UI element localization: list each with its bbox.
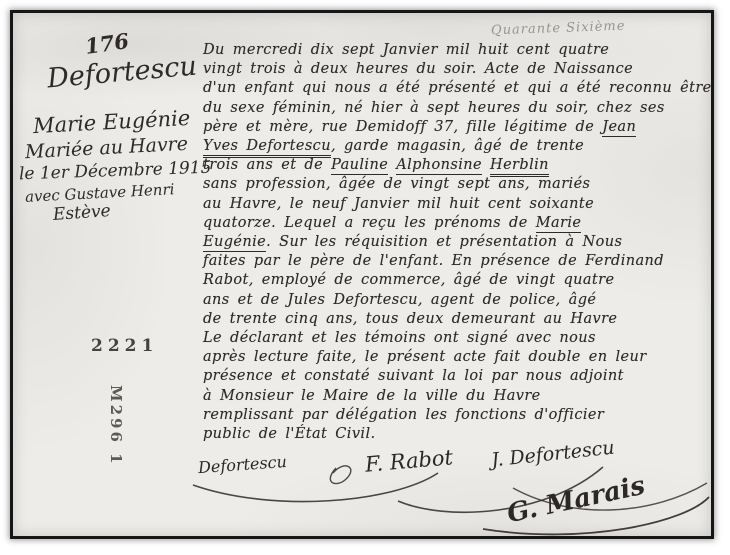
body-text-segment: Rabot, employé de commerce, âgé de vingt…: [203, 272, 614, 288]
act-number: 176: [83, 28, 130, 59]
body-line: Eugénie. Sur les réquisition et présenta…: [203, 233, 713, 252]
body-text-segment: remplissant par délégation les fonctions…: [203, 407, 604, 423]
underlined-name: Yves Defortescu: [203, 138, 331, 158]
document-scan: Quarante Sixième 176 Defortescu Marie Eu…: [10, 10, 714, 539]
body-text-segment: trois ans et de: [203, 157, 331, 173]
body-line: ans et de Jules Defortescu, agent de pol…: [203, 291, 713, 310]
body-text-segment: . Sur les réquisition et présentation à …: [266, 234, 622, 250]
body-line: de trente cinq ans, tous deux demeurant …: [203, 310, 713, 329]
body-text-segment: à Monsieur le Maire de la ville du Havre: [203, 388, 541, 404]
body-line: Le déclarant et les témoins ont signé av…: [203, 329, 713, 348]
body-text-segment: présence et constaté suivant la loi par …: [203, 368, 624, 384]
stamp-archive-reference: M296 1: [107, 385, 125, 505]
body-text-segment: d'un enfant qui nous a été présenté et q…: [203, 80, 712, 96]
body-text-segment: [482, 157, 490, 173]
margin-surname: Defortescu: [46, 51, 198, 95]
body-line: du sexe féminin, né hier à sept heures d…: [203, 99, 713, 118]
body-line: à Monsieur le Maire de la ville du Havre: [203, 387, 713, 406]
body-text-segment: du sexe féminin, né hier à sept heures d…: [203, 100, 665, 116]
body-line: vingt trois à deux heures du soir. Acte …: [203, 60, 713, 79]
body-text-segment: ans et de Jules Defortescu, agent de pol…: [203, 292, 596, 308]
stamp-number: 2221: [91, 336, 158, 356]
body-line: Rabot, employé de commerce, âgé de vingt…: [203, 271, 713, 290]
body-text-segment: de trente cinq ans, tous deux demeurant …: [203, 311, 617, 327]
underlined-name: Alphonsine: [396, 157, 482, 175]
body-text-segment: faites par le père de l'enfant. En prése…: [203, 253, 664, 269]
body-line: public de l'État Civil.: [203, 425, 713, 444]
body-line: père et mère, rue Demidoff 37, fille lég…: [203, 118, 713, 137]
body-line: après lecture faite, le présent acte fai…: [203, 348, 713, 367]
body-line: d'un enfant qui nous a été présenté et q…: [203, 79, 713, 98]
body-text-segment: , garde magasin, âgé de trente: [331, 138, 584, 154]
body-text-segment: père et mère, rue Demidoff 37, fille lég…: [203, 119, 602, 135]
underlined-name: Eugénie: [203, 234, 266, 252]
underlined-name: Pauline: [331, 157, 388, 175]
underlined-name: Jean: [602, 119, 636, 137]
body-text-segment: Le déclarant et les témoins ont signé av…: [203, 330, 596, 346]
body-text-segment: public de l'État Civil.: [203, 426, 376, 442]
body-text-segment: après lecture faite, le présent acte fai…: [203, 349, 647, 365]
body-line: quatorze. Lequel a reçu les prénoms de M…: [203, 214, 713, 233]
body-text-segment: sans profession, âgée de vingt sept ans,…: [203, 176, 590, 192]
body-line: présence et constaté suivant la loi par …: [203, 367, 713, 386]
body-text-segment: quatorze. Lequel a reçu les prénoms de: [203, 215, 536, 231]
underlined-name: Marie: [536, 215, 582, 233]
body-line: remplissant par délégation les fonctions…: [203, 406, 713, 425]
header-annotation: Quarante Sixième: [491, 19, 626, 39]
body-line: faites par le père de l'enfant. En prése…: [203, 252, 713, 271]
body-line: Du mercredi dix sept Janvier mil huit ce…: [203, 41, 713, 60]
underlined-name: Herblin: [490, 157, 549, 177]
body-text: Du mercredi dix sept Janvier mil huit ce…: [203, 41, 713, 444]
body-text-segment: vingt trois à deux heures du soir. Acte …: [203, 61, 633, 77]
body-text-segment: au Havre, le neuf Janvier mil huit cent …: [203, 196, 594, 212]
body-line: au Havre, le neuf Janvier mil huit cent …: [203, 195, 713, 214]
margin-marriage-note-line: Estève: [52, 201, 111, 225]
body-line: trois ans et de Pauline Alphonsine Herbl…: [203, 156, 713, 175]
body-line: sans profession, âgée de vingt sept ans,…: [203, 175, 713, 194]
body-text-segment: Du mercredi dix sept Janvier mil huit ce…: [203, 42, 609, 58]
body-line: Yves Defortescu, garde magasin, âgé de t…: [203, 137, 713, 156]
